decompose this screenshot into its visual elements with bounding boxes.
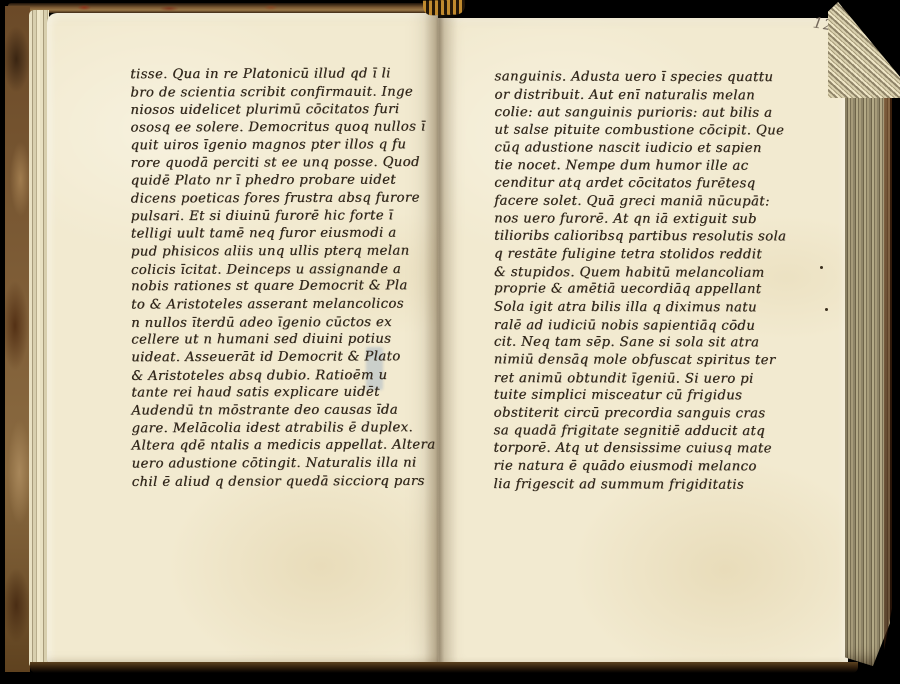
manuscript-line: colie: aut sanguinis purioris: aut bilis… bbox=[494, 104, 790, 122]
manuscript-line: & stupidos. Quem habitū melancoliam bbox=[494, 264, 790, 282]
headband bbox=[423, 0, 465, 16]
manuscript-line: cūq adustione nascit iudicio et sapien bbox=[494, 139, 790, 157]
manuscript-line: quidē Plato nr ī phedro probare uidet bbox=[131, 172, 431, 191]
manuscript-line: cenditur atq ardet cōcitatos furētesq bbox=[494, 175, 790, 193]
book-top-edge bbox=[8, 3, 432, 13]
manuscript-line: or distribuit. Aut enī naturalis melan bbox=[494, 86, 790, 104]
manuscript-line: telligi uult tamē neq furor eiusmodi a bbox=[131, 225, 431, 244]
manuscript-line: uideat. Asseuerāt id Democrit & Plato bbox=[131, 348, 431, 367]
manuscript-line: bro de scientia scribit confirmauit. Ing… bbox=[130, 83, 430, 102]
manuscript-line: rie natura ē quādo eiusmodi melanco bbox=[493, 458, 789, 476]
manuscript-line: nimiū densāq mole obfuscat spiritus ter bbox=[494, 351, 790, 369]
fore-edge-shading bbox=[884, 60, 892, 656]
manuscript-line: facere solet. Quā greci maniā nūcupāt: bbox=[494, 192, 790, 210]
manuscript-line: dicens poeticas fores frustra absq furor… bbox=[131, 189, 431, 208]
wormhole bbox=[820, 266, 823, 269]
manuscript-line: Altera qdē ntalis a medicis appellat. Al… bbox=[132, 437, 432, 456]
manuscript-line: Audendū tn mōstrante deo causas īda bbox=[131, 402, 431, 421]
book-cover-board bbox=[5, 6, 30, 672]
manuscript-line: lia frigescit ad summum frigiditatis bbox=[493, 476, 789, 494]
manuscript-line: obstiterit circū precordia sanguis cras bbox=[494, 405, 790, 423]
manuscript-line: rore quodā perciti st ee unq posse. Quod bbox=[131, 154, 431, 173]
manuscript-line: quit uiros īgenio magnos pter illos q fu bbox=[131, 136, 431, 155]
manuscript-line: cit. Neq tam sēp. Sane si sola sit atra bbox=[494, 334, 790, 352]
manuscript-line: proprie & amētiā uecordiāq appellant bbox=[494, 281, 790, 299]
manuscript-photo: tisse. Qua in re Platonicū illud qd ī li… bbox=[0, 0, 900, 684]
manuscript-line: sa quadā frigitate segnitiē adducit atq bbox=[494, 422, 790, 440]
left-page-edges bbox=[29, 10, 49, 668]
manuscript-line: to & Aristoteles asserant melancolicos bbox=[131, 295, 431, 314]
manuscript-line: pulsari. Et si diuinū furorē hic forte ī bbox=[131, 207, 431, 226]
left-page-text: tisse. Qua in re Platonicū illud qd ī li… bbox=[130, 65, 431, 491]
manuscript-line: tilioribs calioribsq partibus resolutis … bbox=[494, 228, 790, 246]
manuscript-line: tuite simplici misceatur cū frigidus bbox=[494, 387, 790, 405]
wormhole bbox=[825, 308, 828, 311]
manuscript-line: ososq ee solere. Democritus quoq nullos … bbox=[130, 119, 430, 138]
book-bottom-edge bbox=[30, 662, 858, 673]
manuscript-line: ut salse pituite combustione cōcipit. Qu… bbox=[494, 122, 790, 140]
manuscript-line: Sola igit atra bilis illa q diximus natu bbox=[494, 299, 790, 317]
manuscript-line: pud phisicos aliis unq ullis pterq melan bbox=[131, 242, 431, 261]
manuscript-line: niosos uidelicet plurimū cōcitatos furi bbox=[130, 101, 430, 120]
manuscript-line: & Aristoteles absq dubio. Ratioēm u bbox=[131, 367, 431, 386]
manuscript-line: gare. Melācolia idest atrabilis ē duplex… bbox=[131, 419, 431, 438]
manuscript-line: torporē. Atq ut densissime cuiusq mate bbox=[494, 440, 790, 458]
fore-edge-pages bbox=[845, 52, 890, 666]
manuscript-line: uero adustione cōtingit. Naturalis illa … bbox=[132, 455, 432, 474]
manuscript-line: ralē ad iudiciū nobis sapientiāq cōdu bbox=[494, 317, 790, 335]
manuscript-line: tante rei haud satis explicare uidēt bbox=[131, 384, 431, 403]
manuscript-line: nos uero furorē. At qn iā extiguit sub bbox=[494, 210, 790, 228]
manuscript-line: chil ē aliud q densior quedā sicciorq pa… bbox=[132, 473, 432, 492]
manuscript-line: cellere ut n humani sed diuini potius bbox=[131, 331, 431, 350]
manuscript-line: tisse. Qua in re Platonicū illud qd ī li bbox=[130, 65, 430, 84]
manuscript-line: colicis īcitat. Deinceps u assignande a bbox=[131, 260, 431, 279]
manuscript-line: nobis rationes st quare Democrit & Pla bbox=[131, 277, 431, 296]
right-page-text: sanguinis. Adusta uero ī species quattuo… bbox=[493, 69, 790, 494]
manuscript-line: ret animū obtundit īgeniū. Si uero pi bbox=[494, 370, 790, 388]
manuscript-line: q restāte fuligine tetra stolidos reddit bbox=[494, 245, 790, 263]
manuscript-line: n nullos īterdū adeo īgenio cūctos ex bbox=[131, 314, 431, 333]
manuscript-line: sanguinis. Adusta uero ī species quattu bbox=[495, 68, 791, 86]
manuscript-line: tie nocet. Nempe dum humor ille ac bbox=[494, 157, 790, 175]
